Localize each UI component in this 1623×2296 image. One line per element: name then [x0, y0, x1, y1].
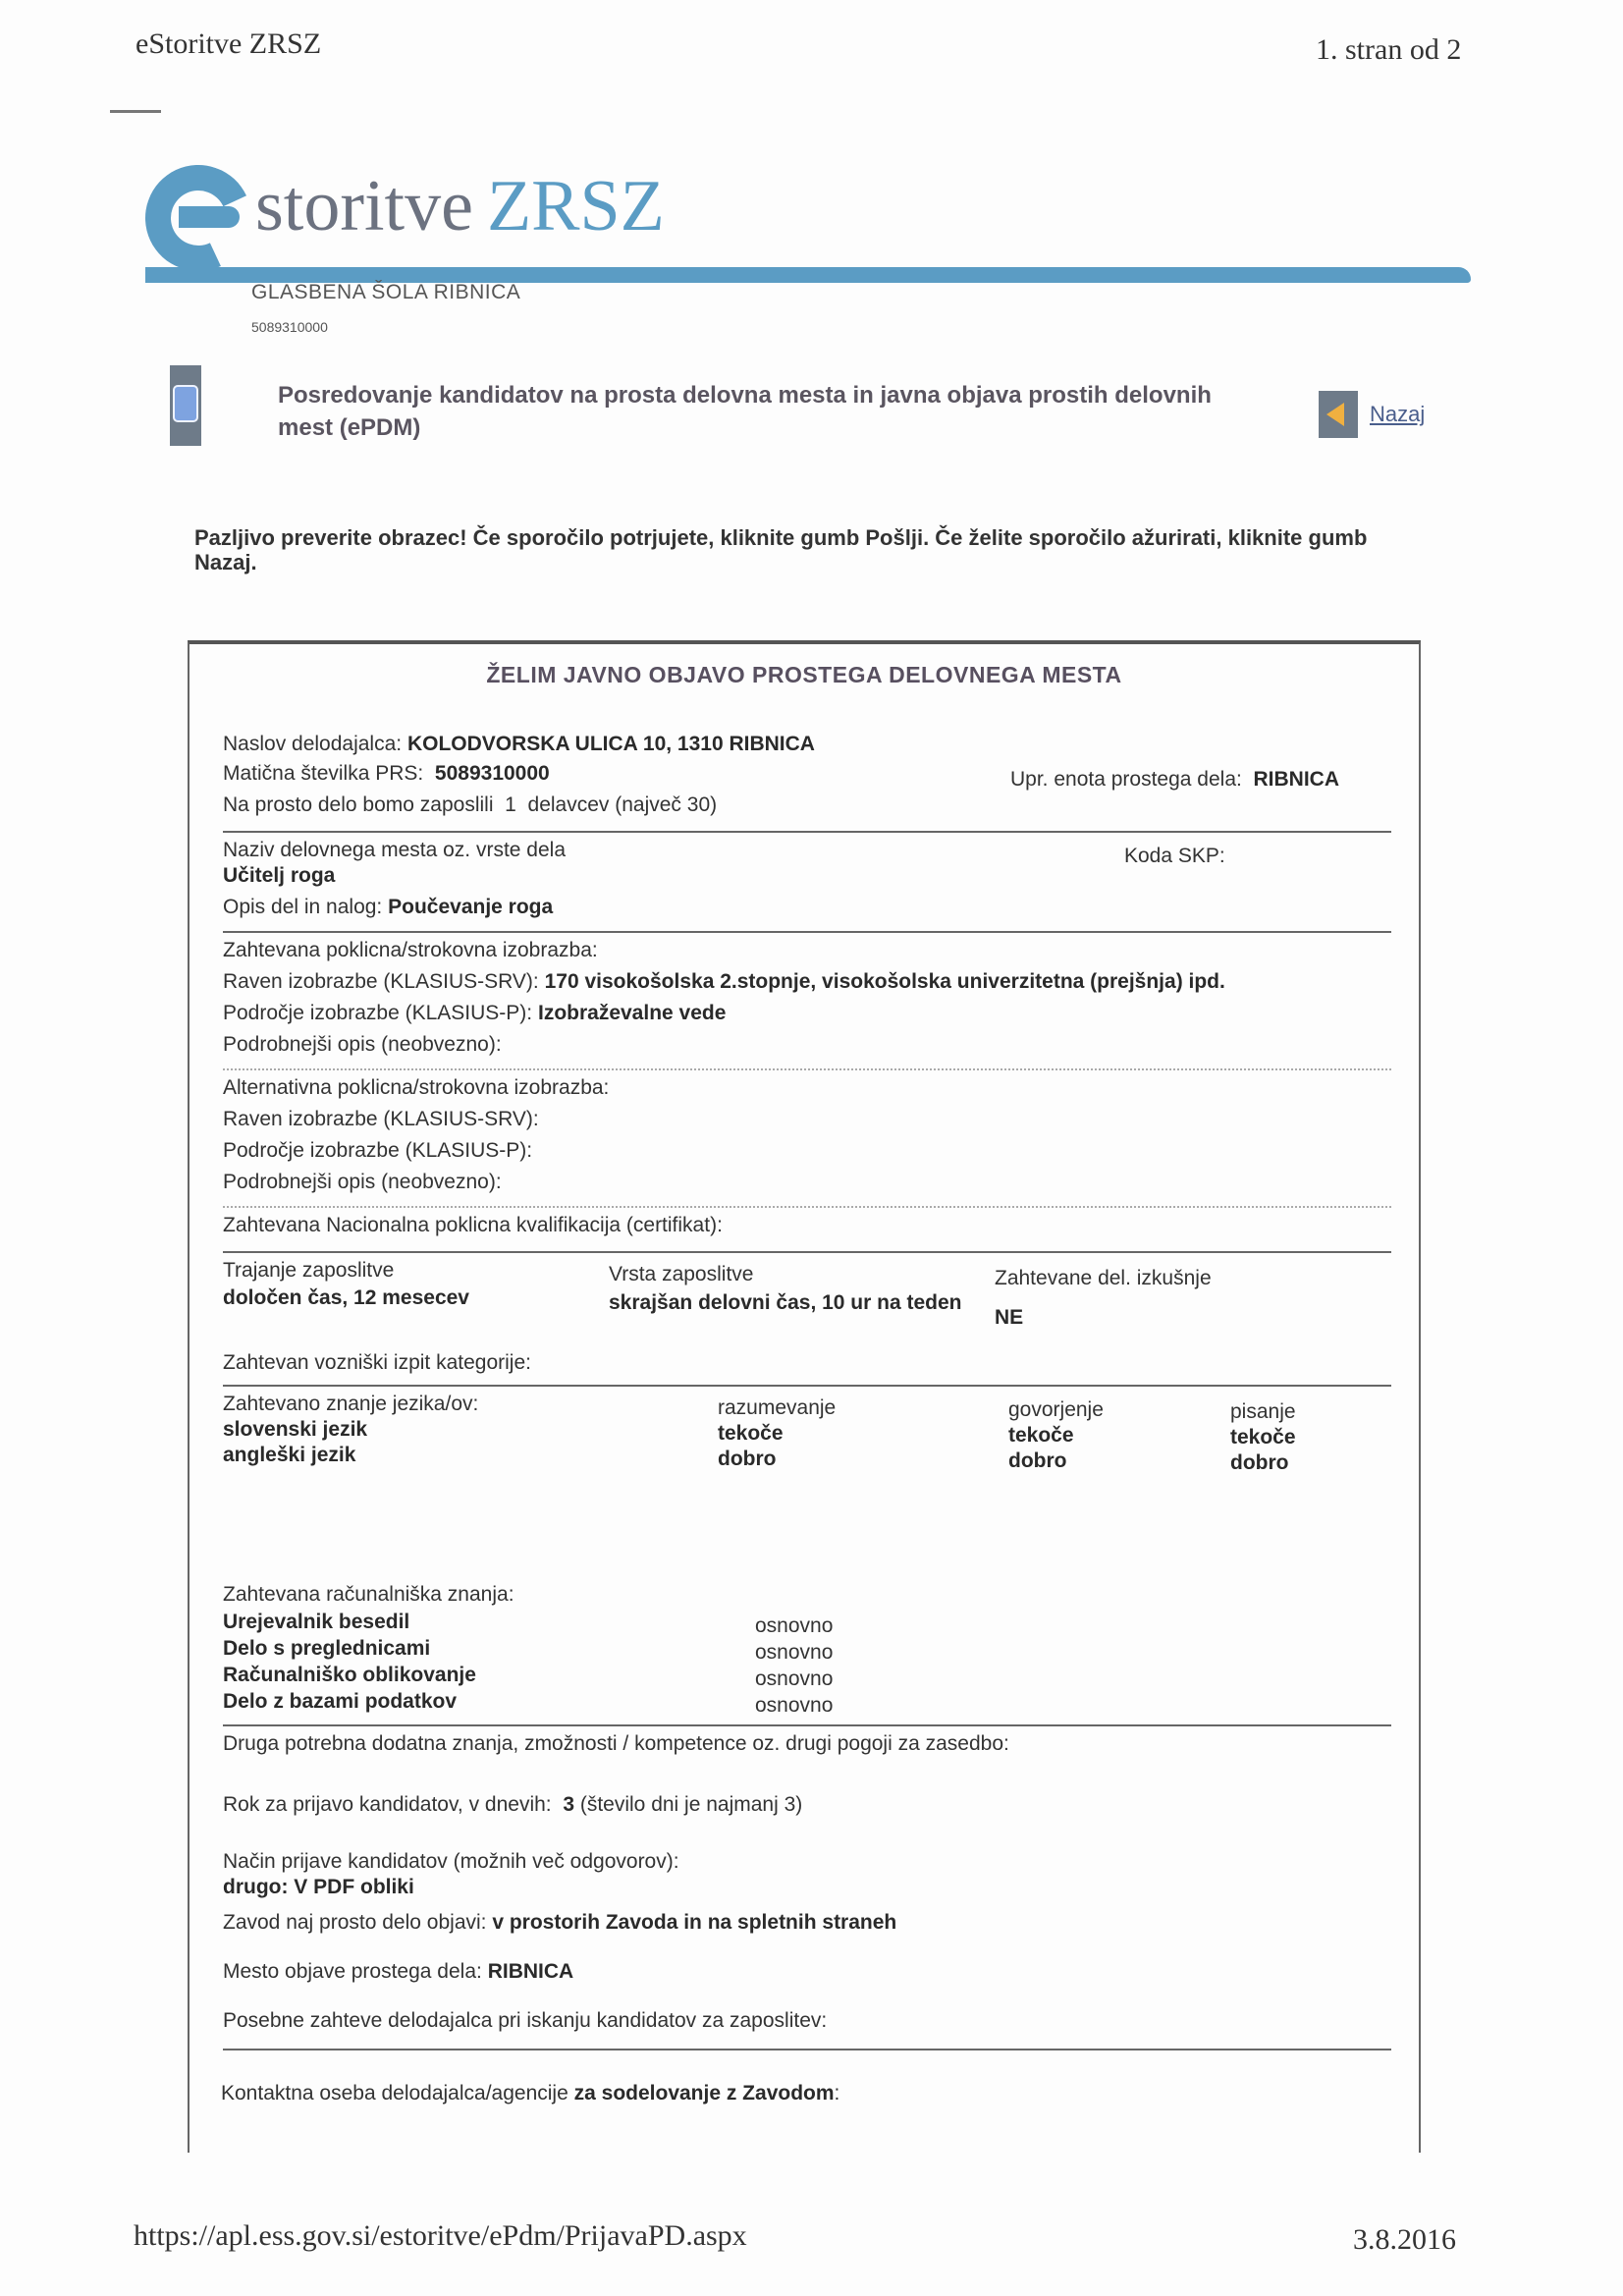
required-education-heading: Zahtevana poklicna/strokovna izobrazba: [223, 939, 598, 962]
scan-mark [110, 110, 161, 113]
hires-label: Na prosto delo bomo zaposlili [223, 793, 493, 816]
publish-value: v prostorih Zavoda in na spletnih strane… [492, 1911, 896, 1934]
hires-row: Na prosto delo bomo zaposlili 1 delavcev… [223, 793, 717, 817]
employer-address-label: Naslov delodajalca: [223, 733, 402, 755]
unit-label: Upr. enota prostega dela: [1010, 768, 1242, 791]
language-row-name: angleški jezik [223, 1444, 355, 1467]
alternative-education-field: Področje izobrazbe (KLASIUS-P): [223, 1139, 532, 1163]
unit-value: RIBNICA [1254, 768, 1340, 791]
dotted-divider [223, 1206, 1391, 1208]
divider [223, 1251, 1391, 1253]
application-method-value: drugo: V PDF obliki [223, 1876, 414, 1899]
page-title: Posredovanje kandidatov na prosta delovn… [278, 379, 1260, 444]
education-level-value: 170 visokošolska 2.stopnje, visokošolska… [545, 970, 1225, 993]
computer-skill-name: Urejevalnik besedil [223, 1611, 409, 1634]
arrow-left-icon[interactable] [1319, 391, 1358, 438]
computer-skill-level: osnovno [755, 1694, 833, 1718]
language-row-value: dobro [1230, 1451, 1288, 1475]
dotted-divider [223, 1068, 1391, 1070]
language-row-value: dobro [1008, 1449, 1066, 1473]
computer-skill-name: Delo z bazami podatkov [223, 1690, 457, 1714]
alternative-education-details: Podrobnejši opis (neobvezno): [223, 1171, 502, 1194]
back-button[interactable]: Nazaj [1319, 391, 1425, 438]
required-education-level: Raven izobrazbe (KLASIUS-SRV): 170 visok… [223, 970, 1225, 994]
publish-place-row: Mesto objave prostega dela: RIBNICA [223, 1960, 573, 1984]
print-header-title: eStoritve ZRSZ [135, 27, 321, 61]
computer-skills-label: Zahtevana računalniška znanja: [223, 1583, 514, 1607]
divider [223, 2049, 1391, 2050]
position-name-label: Naziv delovnega mesta oz. vrste dela [223, 839, 566, 862]
computer-skill-level: osnovno [755, 1614, 833, 1638]
computer-skill-level: osnovno [755, 1641, 833, 1665]
job-description-value: Poučevanje roga [388, 896, 553, 918]
education-field-value: Izobraževalne vede [538, 1002, 726, 1024]
logo-text-storitve: storitve [255, 166, 473, 246]
prs-number-label: Matična številka PRS: [223, 762, 423, 785]
computer-skill-name: Delo s preglednicami [223, 1637, 430, 1661]
other-skills-label: Druga potrebna dodatna znanja, zmožnosti… [223, 1732, 1009, 1756]
contact-label-bold: za sodelovanje z Zavodom [574, 2082, 835, 2105]
languages-label: Zahtevano znanje jezika/ov: [223, 1393, 478, 1416]
id-card-glyph [173, 385, 198, 422]
job-posting-form: ŽELIM JAVNO OBJAVO PROSTEGA DELOVNEGA ME… [188, 640, 1421, 2153]
deadline-row: Rok za prijavo kandidatov, v dnevih: 3 (… [223, 1793, 802, 1817]
duration-value: določen čas, 12 mesecev [223, 1286, 469, 1310]
alternative-education-level: Raven izobrazbe (KLASIUS-SRV): [223, 1108, 539, 1131]
employment-type-value: skrajšan delovni čas, 10 ur na teden [609, 1290, 962, 1316]
form-title: ŽELIM JAVNO OBJAVO PROSTEGA DELOVNEGA ME… [189, 662, 1419, 688]
required-education-field: Področje izobrazbe (KLASIUS-P): Izobraže… [223, 1002, 726, 1025]
computer-skill-name: Računalniško oblikovanje [223, 1664, 476, 1687]
logo-text: storitveZRSZ [255, 157, 665, 255]
prs-number-row: Matična številka PRS: 5089310000 [223, 762, 550, 786]
divider [223, 931, 1391, 933]
position-name-value: Učitelj roga [223, 864, 335, 888]
print-header-page: 1. stran od 2 [1316, 33, 1461, 67]
hires-value: 1 [505, 793, 516, 816]
language-col-understanding: razumevanje [718, 1396, 836, 1420]
employer-address-value: KOLODVORSKA ULICA 10, 1310 RIBNICA [407, 733, 815, 755]
prs-number-value: 5089310000 [435, 762, 550, 785]
job-description-row: Opis del in nalog: Poučevanje roga [223, 896, 553, 919]
logo-e-bar [179, 206, 240, 228]
publish-place-label: Mesto objave prostega dela: [223, 1960, 482, 1983]
language-row-value: tekoče [718, 1422, 784, 1446]
notice-message: Pazljivo preverite obrazec! Če sporočilo… [194, 525, 1412, 574]
deadline-value: 3 [563, 1793, 574, 1816]
contact-person-label: Kontaktna oseba delodajalca/agencije za … [221, 2082, 839, 2105]
employment-type-label: Vrsta zaposlitve [609, 1263, 753, 1286]
duration-label: Trajanje zaposlitve [223, 1259, 394, 1283]
divider [223, 1385, 1391, 1387]
education-level-label: Raven izobrazbe (KLASIUS-SRV): [223, 970, 539, 993]
language-col-writing: pisanje [1230, 1400, 1296, 1424]
experience-label: Zahtevane del. izkušnje [995, 1267, 1212, 1290]
job-description-label: Opis del in nalog: [223, 896, 382, 918]
organization-name: GLASBENA ŠOLA RIBNICA [251, 281, 520, 304]
language-row-value: dobro [718, 1448, 776, 1471]
experience-value: NE [995, 1306, 1023, 1330]
application-method-label: Način prijave kandidatov (možnih več odg… [223, 1850, 679, 1874]
publish-label: Zavod naj prosto delo objavi: [223, 1911, 487, 1934]
language-row-value: tekoče [1008, 1424, 1074, 1448]
computer-skill-level: osnovno [755, 1667, 833, 1691]
print-footer-date: 3.8.2016 [1353, 2223, 1456, 2257]
print-footer-url: https://apl.ess.gov.si/estoritve/ePdm/Pr… [134, 2219, 747, 2253]
contact-label-pre: Kontaktna oseba delodajalca/agencije [221, 2082, 568, 2105]
special-requirements-label: Posebne zahteve delodajalca pri iskanju … [223, 2009, 827, 2033]
publish-row: Zavod naj prosto delo objavi: v prostori… [223, 1911, 896, 1935]
divider [223, 1724, 1391, 1726]
contact-label-post: : [835, 2082, 840, 2105]
alternative-education-heading: Alternativna poklicna/strokovna izobrazb… [223, 1076, 609, 1100]
education-field-label: Področje izobrazbe (KLASIUS-P): [223, 1002, 532, 1024]
unit-row: Upr. enota prostega dela: RIBNICA [1010, 768, 1339, 792]
logo-text-zrsz: ZRSZ [487, 166, 665, 246]
divider [223, 831, 1391, 833]
employer-address-row: Naslov delodajalca: KOLODVORSKA ULICA 10… [223, 733, 815, 756]
estoritve-logo: storitveZRSZ [145, 157, 1471, 295]
skp-code-label: Koda SKP: [1124, 845, 1225, 868]
language-row-name: slovenski jezik [223, 1418, 367, 1442]
language-row-value: tekoče [1230, 1426, 1296, 1449]
hires-suffix: delavcev (največ 30) [528, 793, 718, 816]
certificate-label: Zahtevana Nacionalna poklicna kvalifikac… [223, 1214, 723, 1237]
required-education-details: Podrobnejši opis (neobvezno): [223, 1033, 502, 1057]
language-col-speaking: govorjenje [1008, 1398, 1104, 1422]
organization-id: 5089310000 [251, 319, 328, 335]
back-link-label[interactable]: Nazaj [1370, 402, 1425, 427]
driving-license-label: Zahtevan vozniški izpit kategorije: [223, 1351, 531, 1375]
deadline-suffix: (število dni je najmanj 3) [580, 1793, 802, 1816]
publish-place-value: RIBNICA [488, 1960, 574, 1983]
deadline-label: Rok za prijavo kandidatov, v dnevih: [223, 1793, 552, 1816]
